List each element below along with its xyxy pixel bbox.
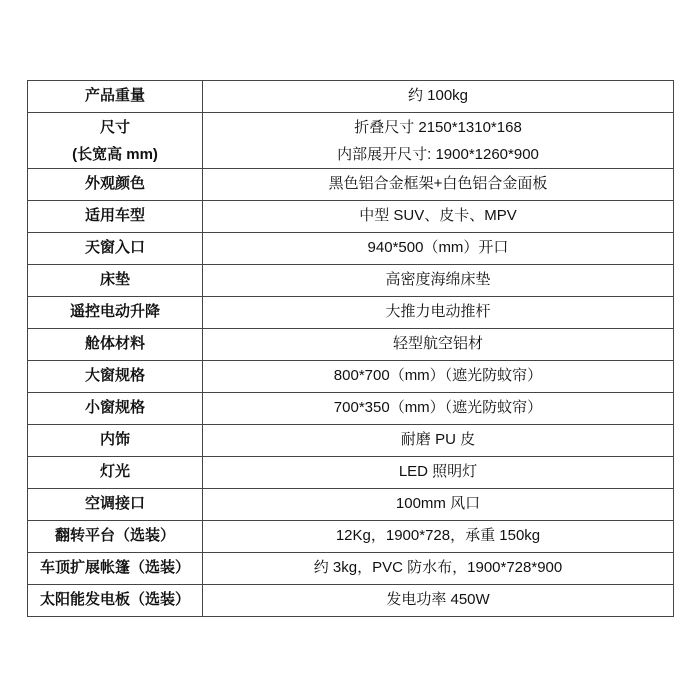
spec-value-line-1: 折叠尺寸 2150*1310*168	[203, 114, 673, 141]
table-row: 小窗规格 700*350（mm）（遮光防蚊帘）	[28, 393, 674, 425]
spec-value: LED 照明灯	[203, 457, 674, 489]
spec-value: 耐磨 PU 皮	[203, 425, 674, 457]
spec-label: 产品重量	[28, 81, 203, 113]
spec-label: 空调接口	[28, 489, 203, 521]
table-row: 尺寸 (长宽高 mm) 折叠尺寸 2150*1310*168 内部展开尺寸: 1…	[28, 113, 674, 169]
spec-value: 940*500（mm）开口	[203, 233, 674, 265]
spec-value: 轻型航空铝材	[203, 329, 674, 361]
spec-value: 大推力电动推杆	[203, 297, 674, 329]
table-row: 内饰 耐磨 PU 皮	[28, 425, 674, 457]
spec-value: 约 3kg，PVC 防水布，1900*728*900	[203, 553, 674, 585]
spec-label: 床垫	[28, 265, 203, 297]
table-row: 适用车型 中型 SUV、皮卡、MPV	[28, 201, 674, 233]
spec-label: 遥控电动升降	[28, 297, 203, 329]
spec-label: 天窗入口	[28, 233, 203, 265]
spec-value: 中型 SUV、皮卡、MPV	[203, 201, 674, 233]
table-row: 外观颜色 黑色铝合金框架+白色铝合金面板	[28, 169, 674, 201]
spec-value: 黑色铝合金框架+白色铝合金面板	[203, 169, 674, 201]
spec-value: 800*700（mm）（遮光防蚊帘）	[203, 361, 674, 393]
table-row: 空调接口 100mm 风口	[28, 489, 674, 521]
spec-label: 大窗规格	[28, 361, 203, 393]
spec-value: 12Kg，1900*728，承重 150kg	[203, 521, 674, 553]
spec-label: 外观颜色	[28, 169, 203, 201]
table-row: 太阳能发电板（选装） 发电功率 450W	[28, 585, 674, 617]
spec-label: 车顶扩展帐篷（选装）	[28, 553, 203, 585]
spec-value: 100mm 风口	[203, 489, 674, 521]
spec-label: 灯光	[28, 457, 203, 489]
table-row: 床垫 高密度海绵床垫	[28, 265, 674, 297]
spec-value-line-2: 内部展开尺寸: 1900*1260*900	[203, 141, 673, 168]
spec-label: 太阳能发电板（选装）	[28, 585, 203, 617]
table-row: 大窗规格 800*700（mm）（遮光防蚊帘）	[28, 361, 674, 393]
spec-value: 折叠尺寸 2150*1310*168 内部展开尺寸: 1900*1260*900	[203, 113, 674, 169]
spec-label: 尺寸 (长宽高 mm)	[28, 113, 203, 169]
table-row: 灯光 LED 照明灯	[28, 457, 674, 489]
spec-label: 适用车型	[28, 201, 203, 233]
spec-label: 内饰	[28, 425, 203, 457]
table-row: 产品重量 约 100kg	[28, 81, 674, 113]
spec-value: 高密度海绵床垫	[203, 265, 674, 297]
product-spec-table: 产品重量 约 100kg 尺寸 (长宽高 mm) 折叠尺寸 2150*1310*…	[27, 80, 674, 617]
spec-value: 发电功率 450W	[203, 585, 674, 617]
spec-label: 小窗规格	[28, 393, 203, 425]
table-row: 遥控电动升降 大推力电动推杆	[28, 297, 674, 329]
table-row: 天窗入口 940*500（mm）开口	[28, 233, 674, 265]
spec-label-line-1: 尺寸	[28, 114, 202, 141]
spec-label: 舱体材料	[28, 329, 203, 361]
spec-label: 翻转平台（选装）	[28, 521, 203, 553]
table-row: 舱体材料 轻型航空铝材	[28, 329, 674, 361]
table-row: 翻转平台（选装） 12Kg，1900*728，承重 150kg	[28, 521, 674, 553]
spec-value: 约 100kg	[203, 81, 674, 113]
spec-label-line-2: (长宽高 mm)	[28, 141, 202, 168]
table-row: 车顶扩展帐篷（选装） 约 3kg，PVC 防水布，1900*728*900	[28, 553, 674, 585]
spec-value: 700*350（mm）（遮光防蚊帘）	[203, 393, 674, 425]
